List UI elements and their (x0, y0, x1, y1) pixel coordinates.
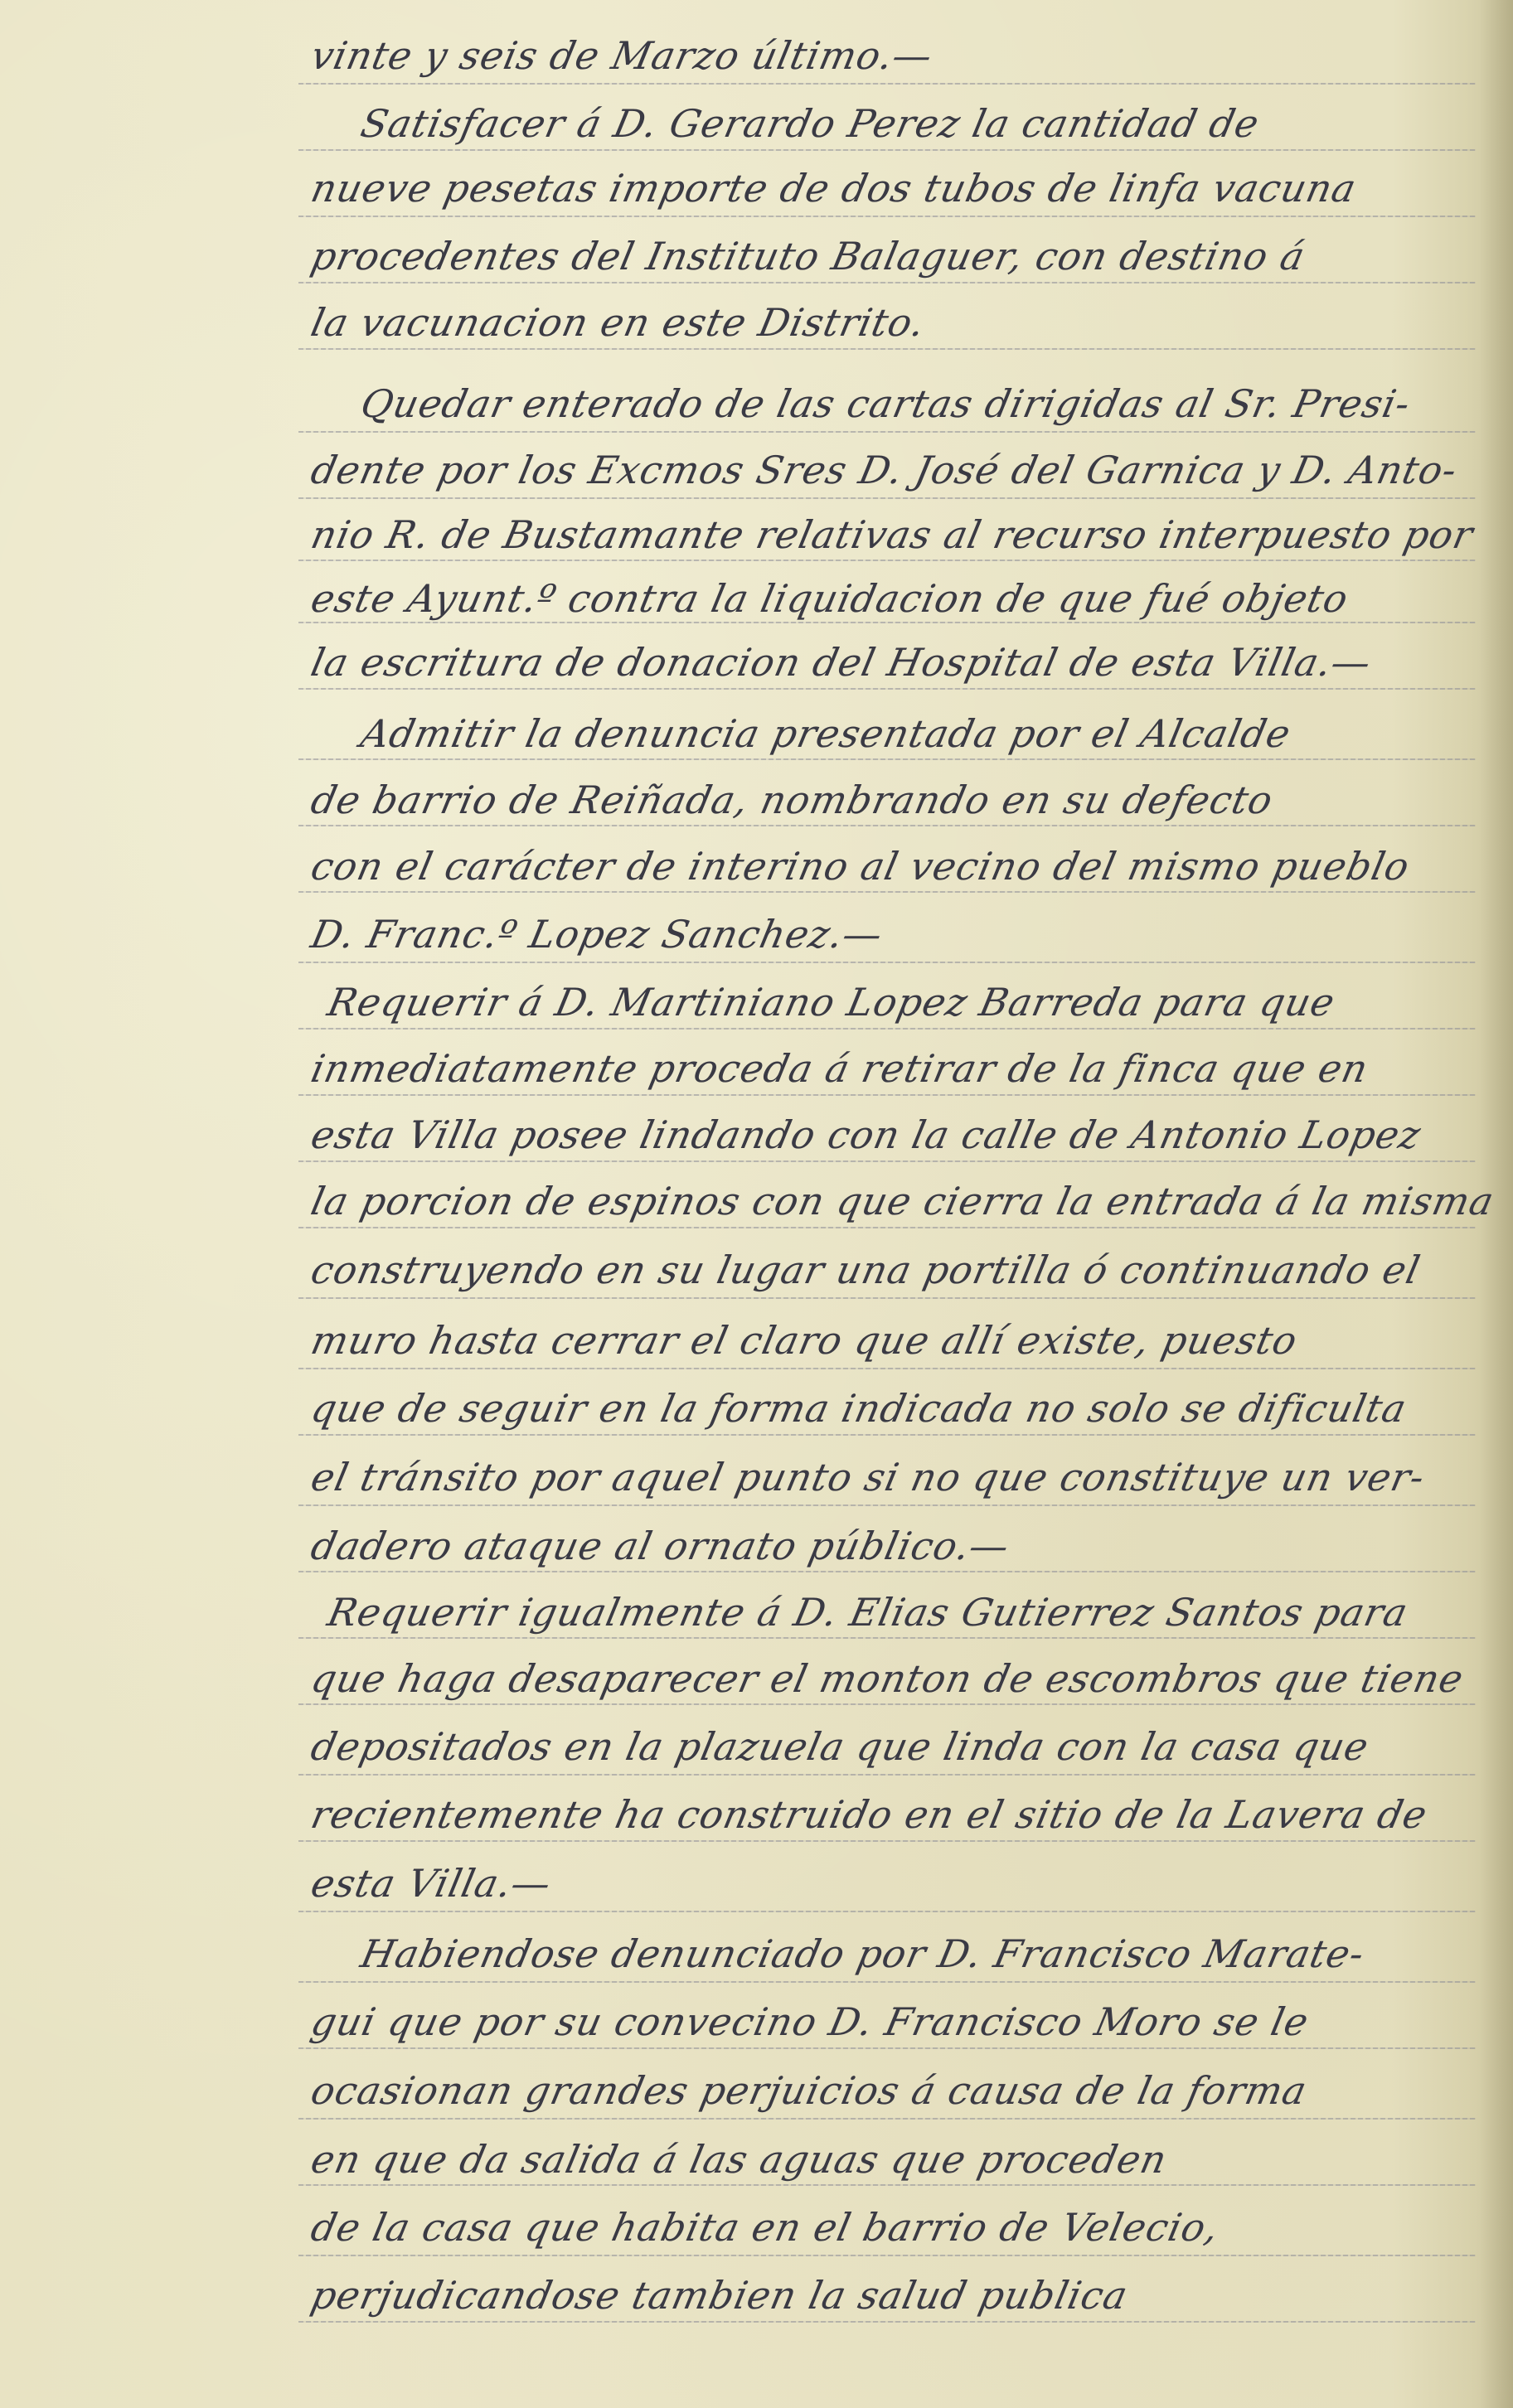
text-line: la porcion de espinos con que cierra la … (303, 1179, 1498, 1245)
text-line: gui que por su convecino D. Francisco Mo… (303, 1999, 1313, 2066)
text-line: en que da salida á las aguas que procede… (303, 2137, 1171, 2203)
text-line: perjudicandose tambien la salud publica (303, 2273, 1132, 2339)
text-line: el tránsito por aquel punto si no que co… (303, 1455, 1429, 1521)
text-line: Requerir á D. Martiniano Lopez Barreda p… (319, 980, 1339, 1046)
text-line: Requerir igualmente á D. Elias Gutierrez… (319, 1590, 1412, 1656)
text-line: la vacunacion en este Distrito. (303, 300, 929, 366)
text-line: ocasionan grandes perjuicios á causa de … (303, 2068, 1312, 2134)
text-line: de la casa que habita en el barrio de Ve… (303, 2205, 1224, 2271)
text-line: inmediatamente proceda á retirar de la f… (303, 1046, 1373, 1112)
text-line: que de seguir en la forma indicada no so… (303, 1386, 1411, 1452)
text-line: construyendo en su lugar una portilla ó … (303, 1248, 1424, 1314)
text-line: dente por los Excmos Sres D. José del Ga… (303, 448, 1462, 514)
text-line: depositados en la plazuela que linda con… (303, 1724, 1373, 1790)
text-line: D. Franc.º Lopez Sanchez.— (303, 912, 887, 978)
text-line: nio R. de Bustamante relativas al recurs… (303, 512, 1477, 579)
text-line: esta Villa.— (303, 1861, 555, 1927)
text-line: esta Villa posee lindando con la calle d… (303, 1112, 1425, 1179)
manuscript-page: vinte y seis de Marzo último.— Satisface… (0, 0, 1513, 2408)
text-line: procedentes del Instituto Balaguer, con … (303, 234, 1309, 300)
text-line: Quedar enterado de las cartas dirigidas … (352, 381, 1414, 448)
text-line: con el carácter de interino al vecino de… (303, 844, 1414, 910)
text-line: Admitir la denuncia presentada por el Al… (352, 711, 1295, 778)
text-line: la escritura de donacion del Hospital de… (303, 640, 1375, 706)
text-line: que haga desaparecer el monton de escomb… (303, 1656, 1468, 1722)
text-line: Habiendose denunciado por D. Francisco M… (352, 1931, 1369, 1998)
text-line: recientemente ha construido en el sitio … (303, 1792, 1432, 1858)
text-line: vinte y seis de Marzo último.— (303, 33, 937, 99)
text-line: Satisfacer á D. Gerardo Perez la cantida… (352, 101, 1263, 167)
text-line: dadero ataque al ornato público.— (303, 1524, 1014, 1590)
text-line: nueve pesetas importe de dos tubos de li… (303, 166, 1360, 232)
text-line: muro hasta cerrar el claro que allí exis… (303, 1318, 1302, 1384)
text-line: este Ayunt.º contra la liquidacion de qu… (303, 576, 1352, 642)
text-line: de barrio de Reiñada, nombrando en su de… (303, 778, 1278, 844)
